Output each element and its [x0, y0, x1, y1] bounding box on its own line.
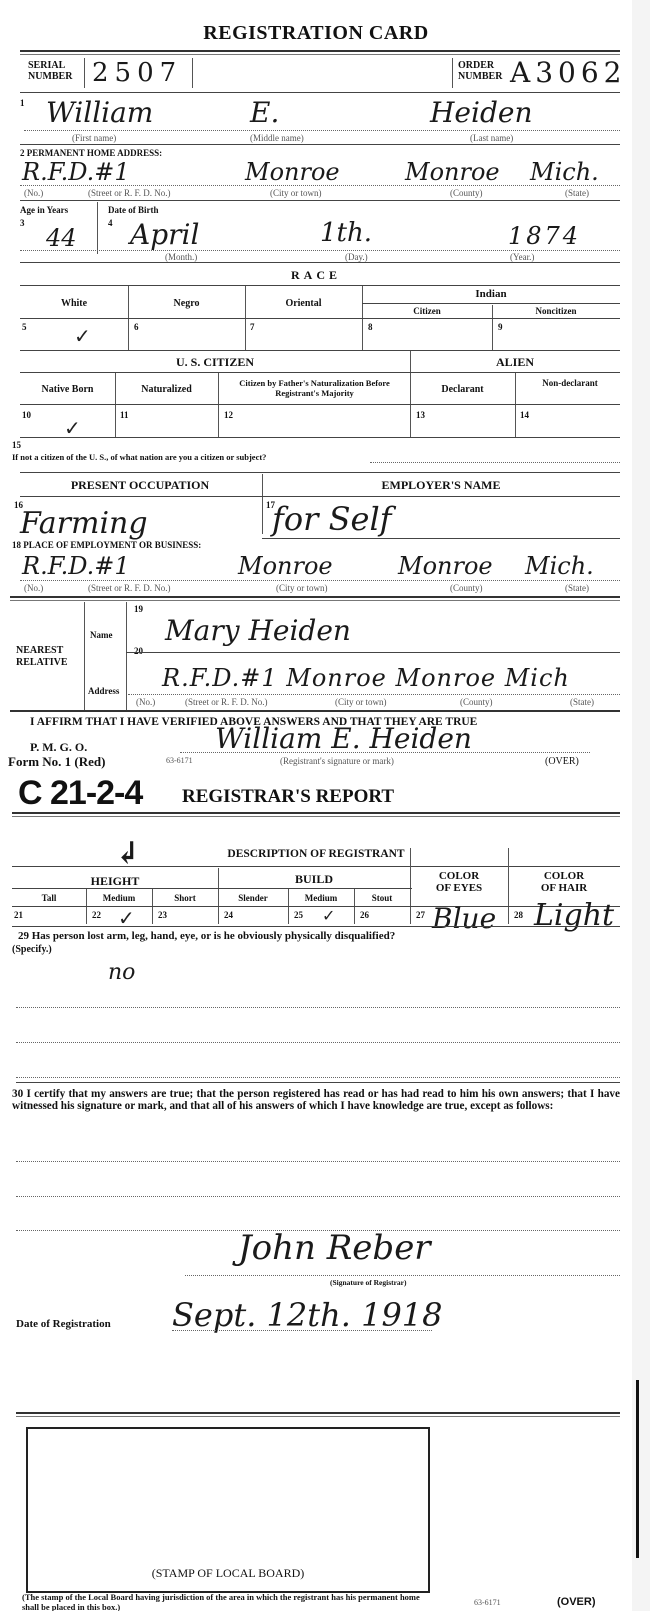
field-number: 19	[134, 604, 143, 614]
divider	[20, 285, 620, 286]
home-state-value: Mich.	[530, 158, 599, 186]
race-col-indian-citizen: Citizen	[362, 306, 492, 316]
field-number: 9	[498, 322, 503, 332]
field-number: 5	[22, 322, 27, 332]
stamp-label: (STAMP OF LOCAL BOARD)	[26, 1566, 430, 1581]
report-title: REGISTRAR'S REPORT	[182, 786, 394, 808]
divider	[20, 144, 620, 145]
field-number: 22	[92, 910, 101, 920]
specify-label: (Specify.)	[12, 944, 52, 955]
caption: (County)	[450, 188, 483, 198]
divider	[218, 373, 219, 437]
first-name-value: William	[46, 96, 153, 129]
home-street-value: R.F.D.#1	[22, 158, 130, 186]
citizen-col-native-born: Native Born	[20, 384, 115, 395]
caption: (Month.)	[165, 252, 197, 262]
dotted-line	[20, 185, 620, 186]
divider	[20, 404, 620, 405]
certification-text: 30 I certify that my answers are true; t…	[12, 1088, 620, 1112]
caption: (State)	[565, 188, 589, 198]
dotted-line	[24, 130, 620, 131]
card-title: REGISTRATION CARD	[0, 22, 632, 45]
registration-card-page: REGISTRATION CARD SERIAL NUMBER 2507 ORD…	[0, 0, 632, 1611]
citizen-col-fathers-naturalization: Citizen by Father's Naturalization Befor…	[232, 378, 397, 398]
divider	[452, 58, 453, 88]
form-number: Form No. 1 (Red)	[8, 754, 105, 770]
serial-label-line: NUMBER	[28, 71, 72, 82]
dotted-line	[16, 1042, 620, 1043]
divider	[16, 1082, 620, 1083]
height-col-medium: Medium	[86, 893, 152, 903]
divider	[12, 906, 620, 907]
dotted-line	[172, 1330, 432, 1331]
field-number: 12	[224, 410, 233, 420]
registrar-signature: John Reber	[238, 1228, 431, 1268]
alien-col-declarant: Declarant	[410, 384, 515, 395]
dotted-line	[370, 462, 620, 463]
caption: (No.)	[24, 583, 43, 593]
birth-month-value: April	[130, 218, 199, 251]
caption: (Registrant's signature or mark)	[280, 756, 394, 766]
dotted-line	[16, 1077, 620, 1078]
order-number-label: ORDER NUMBER	[458, 60, 502, 82]
caption: (Last name)	[470, 133, 513, 143]
caption: (Street or R. F. D. No.)	[88, 583, 171, 593]
divider	[126, 652, 620, 653]
height-mark: ↲	[115, 836, 140, 871]
caption: (Year.)	[510, 252, 534, 262]
checkmark-icon: ✓	[74, 324, 91, 348]
field-number: 27	[416, 910, 425, 920]
scan-edge	[632, 0, 650, 1611]
caption: (City or town)	[276, 583, 328, 593]
caption: (No.)	[24, 188, 43, 198]
nearest-relative-line: RELATIVE	[16, 657, 68, 669]
divider	[20, 200, 620, 201]
field-number: 4	[108, 218, 113, 228]
over-label: (OVER)	[557, 1596, 596, 1608]
employer-value: for Self	[272, 500, 392, 538]
divider	[20, 92, 620, 93]
caption: (City or town)	[335, 697, 387, 707]
middle-name-value: E.	[250, 96, 279, 129]
last-name-value: Heiden	[430, 96, 532, 129]
field-number: 26	[360, 910, 369, 920]
order-label-line: ORDER	[458, 60, 502, 71]
divider	[20, 50, 620, 55]
race-col-white: White	[20, 298, 128, 309]
eye-color-label-line: OF EYES	[410, 882, 508, 894]
caption: (Day.)	[345, 252, 368, 262]
birth-year-value: 1874	[508, 222, 581, 250]
height-col-tall: Tall	[12, 893, 86, 903]
alien-label: ALIEN	[410, 355, 620, 370]
serial-label-line: SERIAL	[28, 60, 72, 71]
divider	[126, 602, 127, 712]
registration-date-label: Date of Registration	[16, 1318, 111, 1330]
birth-day-value: 1th.	[320, 218, 372, 248]
hair-color-label: COLOR OF HAIR	[508, 870, 620, 894]
caption: (County)	[460, 697, 493, 707]
dotted-line	[16, 1161, 620, 1162]
divider	[12, 888, 412, 889]
divider	[192, 58, 193, 88]
employment-state-value: Mich.	[525, 552, 594, 580]
over-label: (OVER)	[545, 756, 579, 767]
caption: (State)	[570, 697, 594, 707]
occupation-value: Farming	[20, 506, 148, 541]
dotted-line	[16, 1007, 620, 1008]
relative-name-value: Mary Heiden	[165, 614, 351, 647]
checkmark-icon: ✓	[322, 906, 335, 925]
dotted-line	[20, 580, 620, 581]
disability-question: 29 Has person lost arm, leg, hand, eye, …	[18, 930, 395, 942]
employment-city-value: Monroe	[238, 552, 333, 580]
occupation-label: PRESENT OCCUPATION	[20, 478, 260, 493]
field-number: 23	[158, 910, 167, 920]
race-col-negro: Negro	[128, 298, 245, 309]
field-number: 8	[368, 322, 373, 332]
form-code: 63-6171	[474, 1598, 501, 1607]
caption: (State)	[565, 583, 589, 593]
registration-date-value: Sept. 12th. 1918	[172, 1296, 443, 1334]
hair-color-label-line: COLOR	[508, 870, 620, 882]
divider	[16, 1412, 620, 1417]
home-address-label: 2 PERMANENT HOME ADDRESS:	[20, 148, 162, 158]
hair-color-value: Light	[534, 898, 614, 933]
disability-answer: no	[108, 960, 135, 985]
field-number: 15	[12, 440, 21, 450]
caption: (First name)	[72, 133, 116, 143]
form-origin: P. M. G. O.	[30, 740, 87, 755]
divider	[20, 437, 620, 438]
divider	[20, 472, 620, 473]
divider	[10, 596, 620, 601]
stamp-note: (The stamp of the Local Board having jur…	[22, 1592, 432, 1611]
field-number: 28	[514, 910, 523, 920]
alien-col-non-declarant: Non-declarant	[530, 378, 610, 389]
order-number-value: A3062	[510, 56, 626, 89]
height-label: HEIGHT	[12, 874, 218, 889]
build-label: BUILD	[218, 872, 410, 887]
field-number: 10	[22, 410, 31, 420]
hair-color-label-line: OF HAIR	[508, 882, 620, 894]
height-col-short: Short	[152, 893, 218, 903]
birth-date-label: Date of Birth	[108, 205, 159, 215]
field-number: 7	[250, 322, 255, 332]
field-number: 21	[14, 910, 23, 920]
divider	[20, 496, 620, 497]
race-col-oriental: Oriental	[245, 298, 362, 309]
employment-place-label: 18 PLACE OF EMPLOYMENT OR BUSINESS:	[12, 540, 201, 550]
divider	[20, 350, 620, 351]
divider	[20, 372, 620, 373]
nearest-relative-line: NEAREST	[16, 645, 68, 657]
registrant-signature: William E. Heiden	[215, 722, 472, 755]
serial-number-label: SERIAL NUMBER	[28, 60, 72, 82]
eye-color-value: Blue	[432, 902, 496, 935]
divider	[12, 866, 620, 867]
age-label: Age in Years	[20, 205, 68, 215]
divider	[84, 602, 85, 712]
divider	[97, 202, 98, 254]
caption: (County)	[450, 583, 483, 593]
divider	[12, 926, 620, 927]
employment-county-value: Monroe	[398, 552, 493, 580]
employer-label: EMPLOYER'S NAME	[262, 478, 620, 493]
caption: (City or town)	[270, 188, 322, 198]
divider	[84, 58, 85, 88]
field-number: 24	[224, 910, 233, 920]
divider	[262, 538, 620, 539]
report-code: C 21-2-4	[18, 774, 142, 813]
dotted-line	[180, 752, 590, 753]
scan-edge-line	[636, 1380, 639, 1558]
field-number: 3	[20, 218, 25, 228]
home-county-value: Monroe	[405, 158, 500, 186]
field-number: 11	[120, 410, 129, 420]
divider	[362, 303, 620, 304]
nation-question: If not a citizen of the U. S., of what n…	[12, 452, 266, 462]
caption: (No.)	[136, 697, 155, 707]
serial-number-value: 2507	[92, 58, 182, 88]
relative-address-label: Address	[88, 686, 119, 696]
field-number: 1	[20, 98, 25, 108]
divider	[115, 373, 116, 437]
build-col-medium: Medium	[288, 893, 354, 903]
form-code: 63-6171	[166, 756, 193, 765]
citizen-col-naturalized: Naturalized	[115, 384, 218, 395]
field-number: 13	[416, 410, 425, 420]
divider	[515, 373, 516, 437]
divider	[12, 812, 620, 817]
field-number: 25	[294, 910, 303, 920]
race-title: RACE	[0, 268, 632, 283]
home-city-value: Monroe	[245, 158, 340, 186]
employment-street-value: R.F.D.#1	[22, 552, 130, 580]
age-value: 44	[46, 224, 77, 252]
field-number: 14	[520, 410, 529, 420]
dotted-line	[128, 694, 620, 695]
race-indian-label: Indian	[362, 288, 620, 300]
relative-name-label: Name	[90, 630, 113, 640]
caption: (Signature of Registrar)	[330, 1278, 407, 1287]
description-title: DESCRIPTION OF REGISTRANT	[0, 848, 632, 860]
race-col-indian-noncitizen: Noncitizen	[492, 306, 620, 316]
eye-color-label-line: COLOR	[410, 870, 508, 882]
nearest-relative-label: NEAREST RELATIVE	[16, 645, 68, 669]
divider	[20, 262, 620, 263]
us-citizen-label: U. S. CITIZEN	[20, 355, 410, 370]
build-col-slender: Slender	[218, 893, 288, 903]
divider	[20, 318, 620, 319]
caption: (Street or R. F. D. No.)	[88, 188, 171, 198]
order-label-line: NUMBER	[458, 71, 502, 82]
caption: (Street or R. F. D. No.)	[185, 697, 268, 707]
divider	[10, 710, 620, 712]
field-number: 6	[134, 322, 139, 332]
build-col-stout: Stout	[354, 893, 410, 903]
relative-address-value: R.F.D.#1 Monroe Monroe Mich	[162, 664, 570, 692]
caption: (Middle name)	[250, 133, 304, 143]
field-number: 20	[134, 646, 143, 656]
dotted-line	[185, 1275, 620, 1276]
dotted-line	[16, 1196, 620, 1197]
eye-color-label: COLOR OF EYES	[410, 870, 508, 894]
dotted-line	[20, 250, 620, 251]
